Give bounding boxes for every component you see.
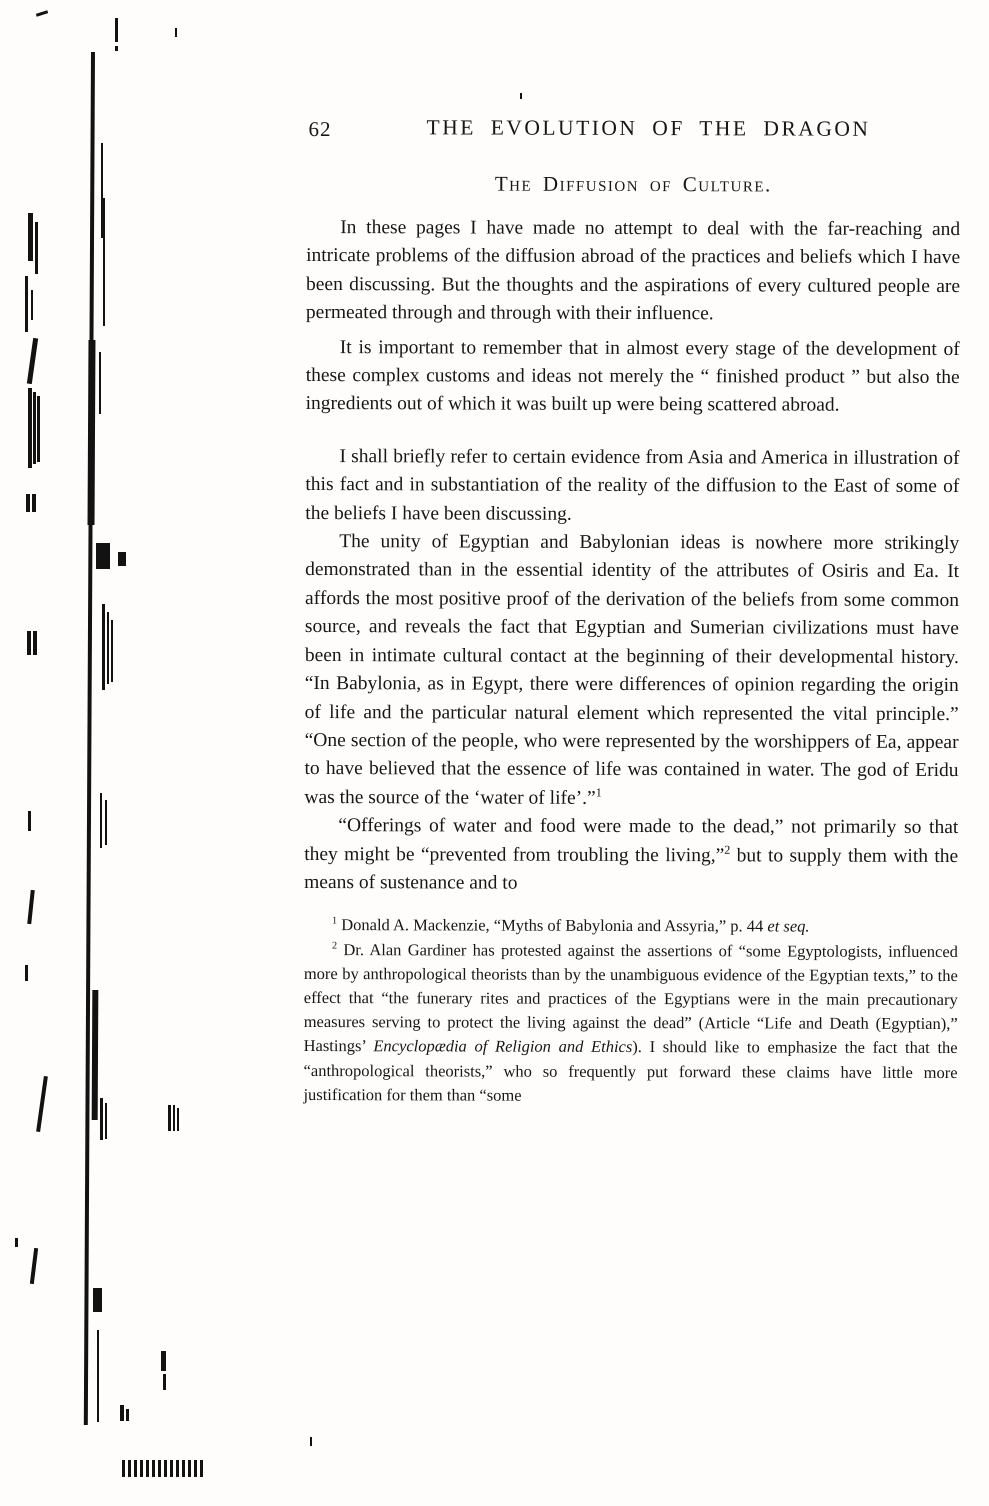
paragraph-4-text: The unity of Egyptian and Babylonian ide… [304,531,959,808]
scan-artifact-line-segment [101,143,103,238]
scan-artifact-line-segment [103,198,105,326]
page-header: 62 THE EVOLUTION OF THE DRAGON [306,115,960,149]
scan-artifact-line-segment [88,340,96,525]
section-heading: The Diffusion of Culture. [306,171,960,198]
scanned-page: 62 THE EVOLUTION OF THE DRAGON The Diffu… [0,0,989,1506]
scan-artifact-mark [35,222,38,274]
footnote-2-italic: Encyclopædia of Religion and Ethics [373,1037,632,1057]
scan-artifact-mark [37,396,40,462]
scan-artifact-mark [115,46,118,51]
running-title: THE EVOLUTION OF THE DRAGON [306,115,960,142]
scan-artifact-mark [177,1108,179,1131]
scan-artifact-mark [161,1351,166,1371]
scan-artifact-mark [173,1105,175,1131]
paragraph-1: In these pages I have made no attempt to… [306,214,960,330]
scan-artifact-line-segment [111,620,113,682]
scan-artifact-mark [175,28,177,37]
scan-artifact-mark [15,1238,18,1247]
paragraph-2: It is important to remember that in almo… [306,334,960,421]
scan-artifact-line-segment [99,352,101,414]
scan-artifact-mark [33,392,36,464]
scan-artifact-mark [33,631,37,655]
scan-artifact-blot [118,552,126,566]
scan-artifact-mark [28,388,32,468]
scan-artifact-mark [25,965,28,981]
scan-artifact-mark [310,1437,312,1446]
text-column: 62 THE EVOLUTION OF THE DRAGON The Diffu… [303,115,960,1109]
paragraph-4: The unity of Egyptian and Babylonian ide… [304,528,959,814]
scan-artifact-binding-line [84,52,95,1425]
scan-artifact-mark [28,213,33,261]
scan-artifact-mark [26,494,30,512]
scan-artifact-mark [115,18,118,42]
scan-artifact-line-segment [105,1103,107,1139]
footnote-1: 1 Donald A. Mackenzie, “Myths of Babylon… [304,913,958,939]
scan-artifact-line-segment [97,1330,99,1422]
scan-artifact-line-segment [105,800,107,845]
scan-artifact-mark [27,890,35,924]
scan-artifact-mark [31,290,33,320]
scan-artifact-mark [27,338,38,384]
scan-artifact-mark [163,1374,166,1390]
scan-artifact-mark [120,1405,124,1421]
paragraph-5: “Offerings of water and food were made t… [304,812,958,899]
scan-artifact-mark [32,494,36,512]
paragraph-3: I shall briefly refer to certain evidenc… [305,443,959,530]
scan-artifact-mark [126,1409,129,1421]
scan-artifact-mark [36,10,48,17]
scan-artifact-mark [30,1248,38,1284]
scan-artifact-mark [36,1076,48,1132]
scan-artifact-line-segment [100,1098,103,1140]
scan-artifact-blot [96,543,110,569]
scan-artifact-line-segment [92,990,99,1120]
footnote-1-text: Donald A. Mackenzie, “Myths of Babylonia… [337,915,767,935]
scan-artifact-mark [168,1105,171,1131]
body-text: In these pages I have made no attempt to… [304,214,960,899]
scan-artifact-line-segment [100,793,102,848]
scan-artifact-mark [25,276,28,332]
footnotes-block: 1 Donald A. Mackenzie, “Myths of Babylon… [303,913,958,1109]
scan-artifact-mark [28,811,31,831]
footnote-ref-1: 1 [596,785,602,799]
scan-artifact-hatch [122,1460,206,1477]
scan-artifact-mark [27,631,31,655]
scan-artifact-line-segment [107,612,109,684]
footnote-2: 2 Dr. Alan Gardiner has protested agains… [303,938,958,1109]
footnote-1-italic: et seq. [767,917,809,936]
scan-artifact-blot [93,1288,102,1312]
scan-artifact-line-segment [102,604,105,690]
scan-artifact-mark [520,93,522,99]
page-number: 62 [308,117,331,142]
